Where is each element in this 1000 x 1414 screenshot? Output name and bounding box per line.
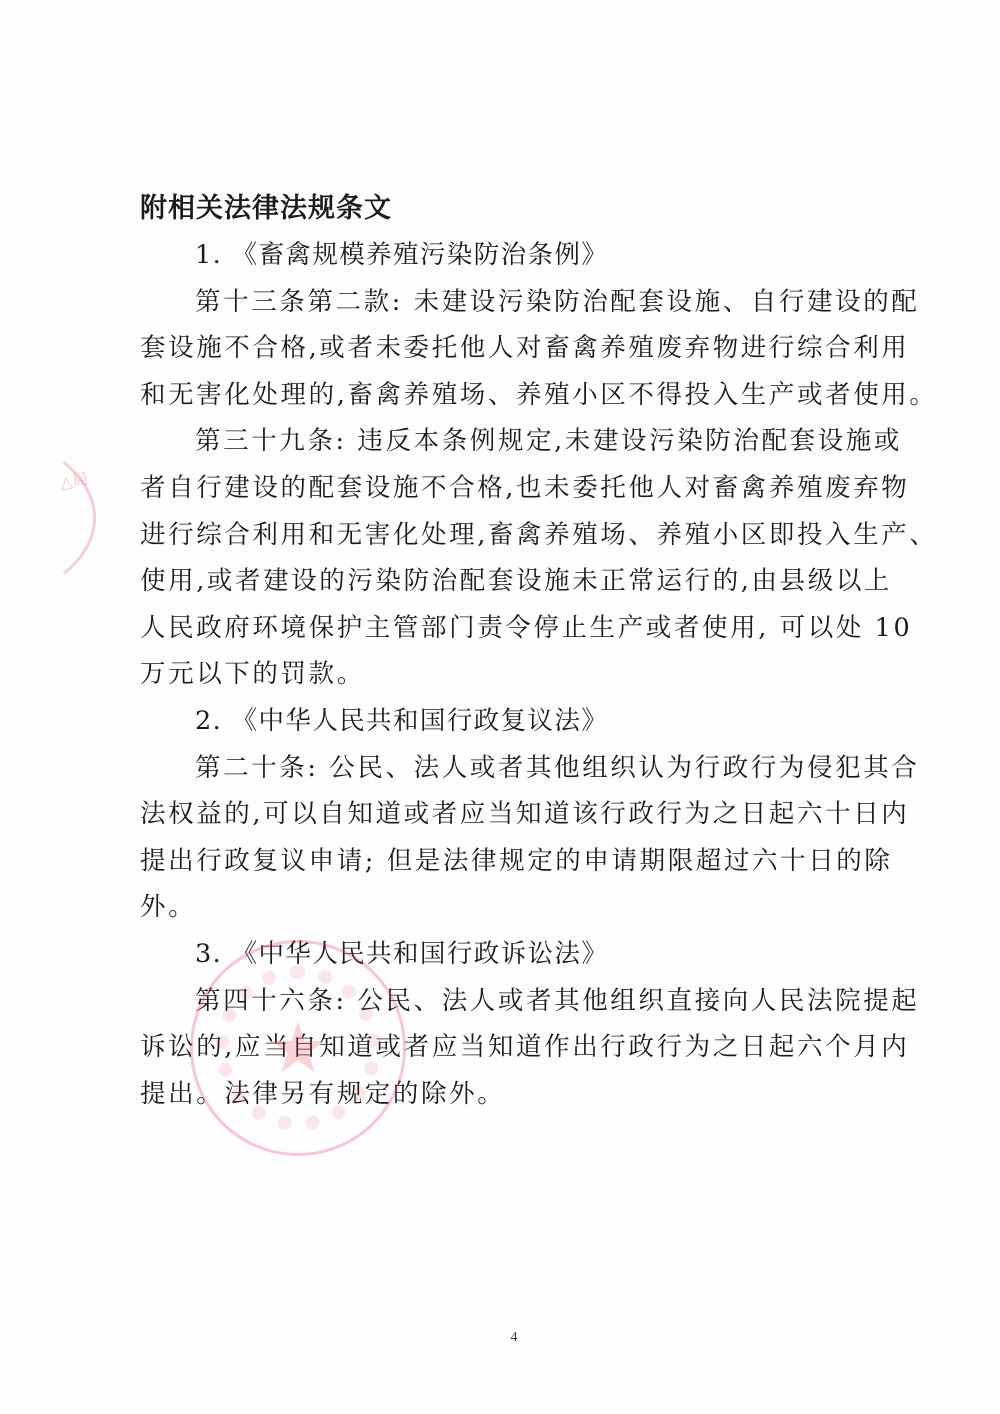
article-line: 套设施不合格,或者未委托他人对畜禽养殖废弃物进行综合利用	[140, 325, 880, 372]
article-line: 法权益的,可以自知道或者应当知道该行政行为之日起六十日内	[140, 791, 880, 838]
document-page: △局 附相关法律法规条文 1. 《畜禽规模养殖污染防治条例》 第十三条第二款: …	[0, 0, 1000, 1414]
law-title-2: 2. 《中华人民共和国行政复议法》	[140, 698, 880, 745]
article-line: 外。	[140, 884, 880, 931]
law-title-3: 3. 《中华人民共和国行政诉讼法》	[140, 931, 880, 978]
article-line: 诉讼的,应当自知道或者应当知道作出行政行为之日起六个月内	[140, 1024, 880, 1071]
article-line: 提出。法律另有规定的除外。	[140, 1071, 880, 1118]
article-line: 人民政府环境保护主管部门责令停止生产或者使用, 可以处 10	[140, 605, 880, 652]
partial-seal-stamp	[0, 430, 96, 606]
document-body: 附相关法律法规条文 1. 《畜禽规模养殖污染防治条例》 第十三条第二款: 未建设…	[140, 186, 880, 1117]
article-line: 第四十六条: 公民、法人或者其他组织直接向人民法院提起	[140, 978, 880, 1025]
article-line: 万元以下的罚款。	[140, 651, 880, 698]
article-line: 第二十条: 公民、法人或者其他组织认为行政行为侵犯其合	[140, 745, 880, 792]
document-heading: 附相关法律法规条文	[140, 186, 880, 232]
article-line: 提出行政复议申请; 但是法律规定的申请期限超过六十日的除	[140, 838, 880, 885]
page-number: 4	[0, 1330, 1000, 1346]
partial-seal-text: △局	[58, 468, 91, 495]
law-title-1: 1. 《畜禽规模养殖污染防治条例》	[140, 232, 880, 279]
article-line: 者自行建设的配套设施不合格,也未委托他人对畜禽养殖废弃物	[140, 465, 880, 512]
article-line: 第十三条第二款: 未建设污染防治配套设施、自行建设的配	[140, 279, 880, 326]
article-line: 进行综合利用和无害化处理,畜禽养殖场、养殖小区即投入生产、	[140, 512, 880, 559]
article-line: 第三十九条: 违反本条例规定,未建设污染防治配套设施或	[140, 418, 880, 465]
article-line: 使用,或者建设的污染防治配套设施未正常运行的,由县级以上	[140, 558, 880, 605]
article-line: 和无害化处理的,畜禽养殖场、养殖小区不得投入生产或者使用。	[140, 372, 880, 419]
